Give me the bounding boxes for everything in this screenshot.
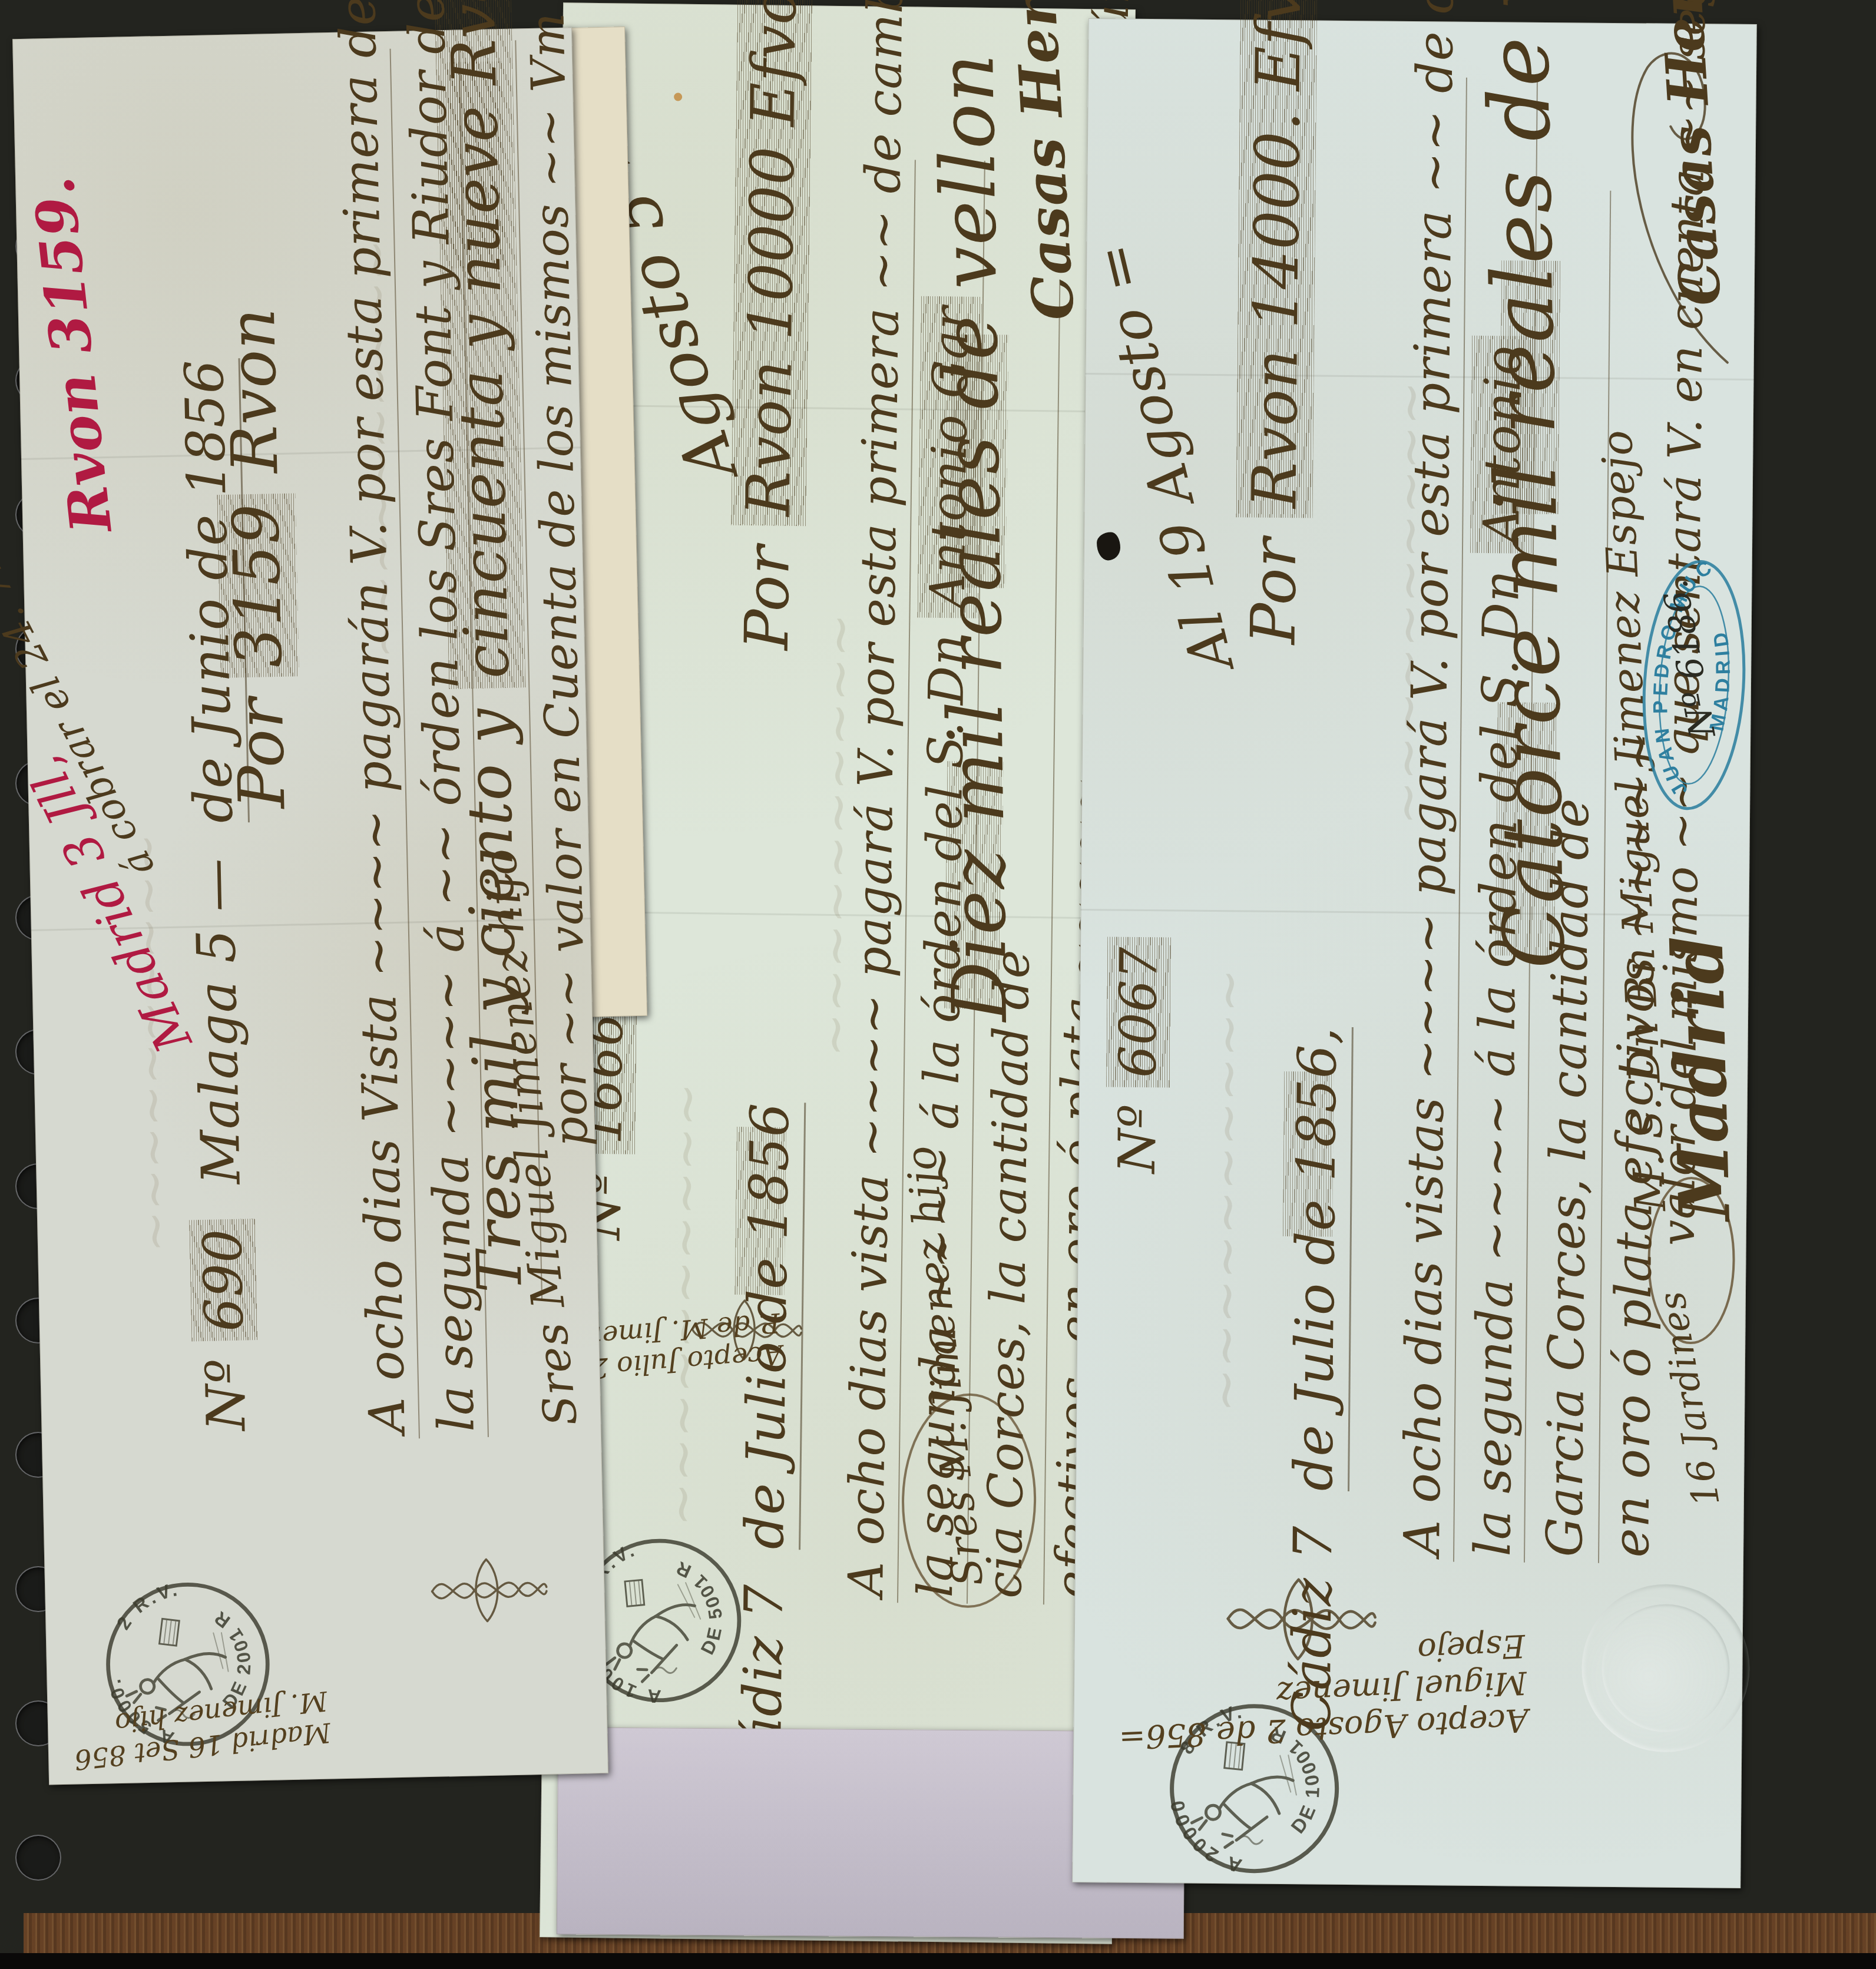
monogram-flourish xyxy=(424,1536,550,1644)
amount-banner-pre: Por xyxy=(732,545,803,650)
ink-blot xyxy=(1097,532,1120,560)
amount-banner-pre: Por xyxy=(1238,537,1311,644)
body-line-1: A ocho dias Vista ~~~~ pagarán V. por es… xyxy=(316,0,416,1434)
oval-stamp: JUAN PEDRO MUCHADA MADRID Nº 6186. xyxy=(1633,552,1755,818)
binder-hole xyxy=(15,1835,61,1881)
bill-number-label: Nº xyxy=(1108,1104,1167,1174)
date-printed: de Julio de 1856, xyxy=(1283,1027,1354,1491)
place-day: Malaga 5 — xyxy=(184,858,253,1185)
mercury-icon xyxy=(599,1575,706,1685)
bill-left: ~~~~~~~~~~ ~~~~~~~~~~ xyxy=(12,27,608,1785)
embossed-seal xyxy=(1581,1584,1750,1753)
bill-number-label: Nº xyxy=(194,1358,258,1431)
tax-stamp-range-high: A 20000 xyxy=(1159,1794,1249,1878)
date-line: Cádiz 7 de Julio de 1856, xyxy=(1281,1027,1348,1732)
amount-banner-post: Rvon xyxy=(216,307,293,474)
tax-stamp-value: 2 R.V. xyxy=(111,1571,184,1639)
amount-banner: Por Rvon 10000 Efvos, xyxy=(732,0,811,650)
album-edge-shadow xyxy=(0,1953,1876,1969)
svg-text:A 20000: A 20000 xyxy=(1159,1794,1249,1878)
amount-banner: Por 3159 Rvon xyxy=(216,307,300,809)
due-date-note: Al 19 Agosto = xyxy=(1080,237,1246,677)
drawee-city: Madrid xyxy=(1656,934,1746,1222)
amount-banner-pre: Por xyxy=(224,697,300,809)
body-line-1: A ocho dias vista ~~~~ pagará V. por est… xyxy=(838,0,918,1597)
amount-banner-value: Rvon 14000. Efvos, xyxy=(1236,0,1318,518)
place-day: Cádiz 7 xyxy=(1281,1525,1344,1732)
bill-number: Nº 6067 xyxy=(1108,937,1169,1174)
show-through: ~~~~~~~~~~ xyxy=(1194,968,1260,1413)
bill-number-value: 6067 xyxy=(1106,937,1171,1088)
date-printed: de Julio de 1856 xyxy=(734,1102,806,1550)
body-line-1: A ocho dias vistas ~~~~ pagará V. por es… xyxy=(1393,0,1468,1556)
date-line: Cádiz 7 de Julio de 1856 xyxy=(731,1102,801,1790)
paper-spot xyxy=(674,92,682,101)
amount-banner-value: 3159 xyxy=(217,493,299,678)
album-page-photo: ~~~~~~~~~~ ~~~~~~~~~~ xyxy=(0,0,1876,1969)
amount-figures-red: Rvon 3159. xyxy=(21,173,125,536)
bill-right: ~~~~~~~~~~ ~~~~~~~~~~ xyxy=(1072,18,1757,1888)
amount-banner-value: Rvon 10000 Efvos, xyxy=(731,0,813,526)
svg-text:2 R.V.: 2 R.V. xyxy=(111,1571,184,1639)
amount-in-words: Diez mil reales de vellon xyxy=(923,52,1024,1022)
bill-number-value: 690 xyxy=(189,1219,258,1342)
amount-banner: Por Rvon 14000. Efvos, xyxy=(1238,0,1316,644)
